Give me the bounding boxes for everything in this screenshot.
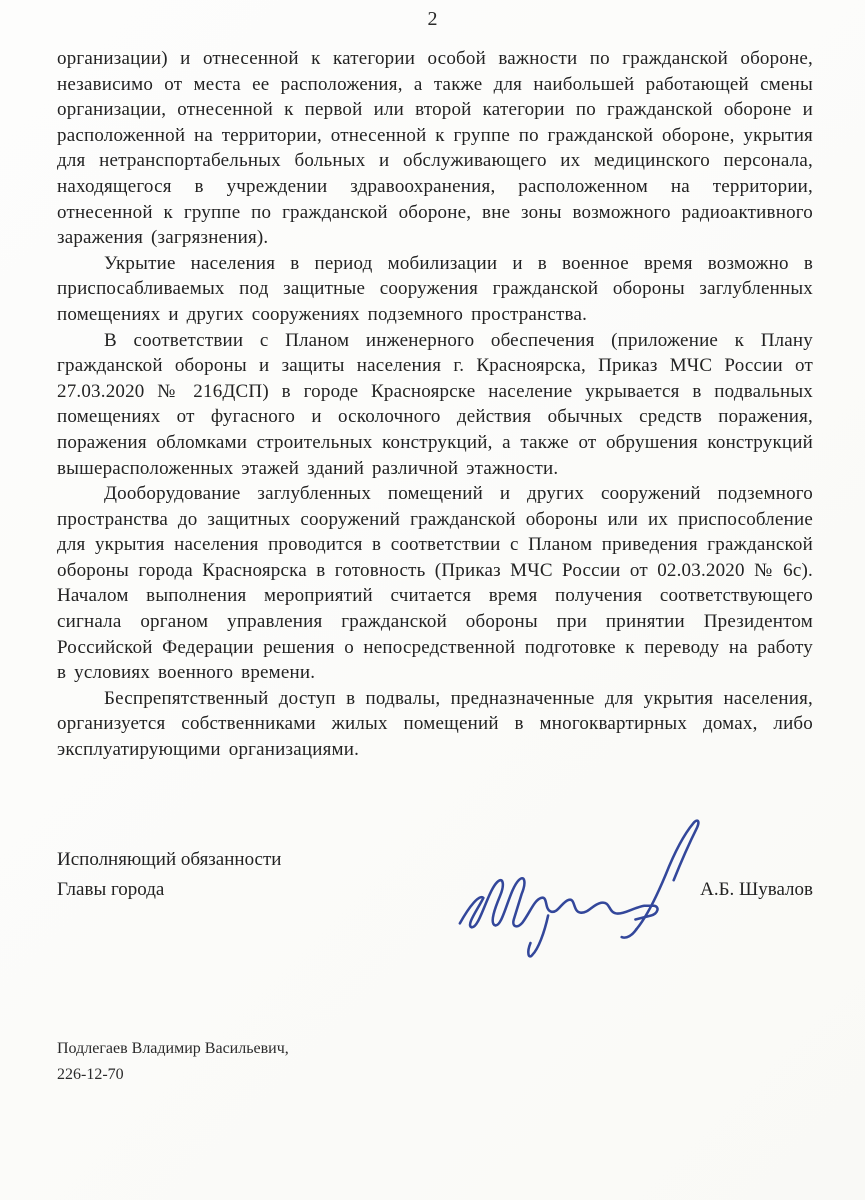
- executor-contact: Подлегаев Владимир Васильевич, 226-12-70: [57, 1036, 289, 1088]
- executor-phone: 226-12-70: [57, 1062, 289, 1088]
- paragraph-shelter-mobilization: Укрытие населения в период мобилизации и…: [57, 251, 813, 328]
- page-number: 2: [0, 8, 865, 31]
- signer-position-line2: Главы города: [57, 875, 281, 905]
- executor-name: Подлегаев Владимир Васильевич,: [57, 1036, 289, 1062]
- paragraph-basement-access: Беспрепятственный доступ в подвалы, пред…: [57, 686, 813, 763]
- document-body: организации) и отнесенной к категории ос…: [57, 46, 813, 763]
- document-page: 2 организации) и отнесенной к категории …: [0, 0, 865, 1200]
- signature-block: Исполняющий обязанности Главы города А.Б…: [57, 845, 813, 975]
- signer-position: Исполняющий обязанности Главы города: [57, 845, 281, 905]
- paragraph-retrofit: Дооборудование заглубленных помещений и …: [57, 481, 813, 686]
- signer-name: А.Б. Шувалов: [700, 879, 813, 901]
- signer-position-line1: Исполняющий обязанности: [57, 845, 281, 875]
- handwritten-signature-icon: [452, 817, 707, 967]
- paragraph-engineering-plan: В соответствии с Планом инженерного обес…: [57, 328, 813, 482]
- paragraph-continuation: организации) и отнесенной к категории ос…: [57, 46, 813, 251]
